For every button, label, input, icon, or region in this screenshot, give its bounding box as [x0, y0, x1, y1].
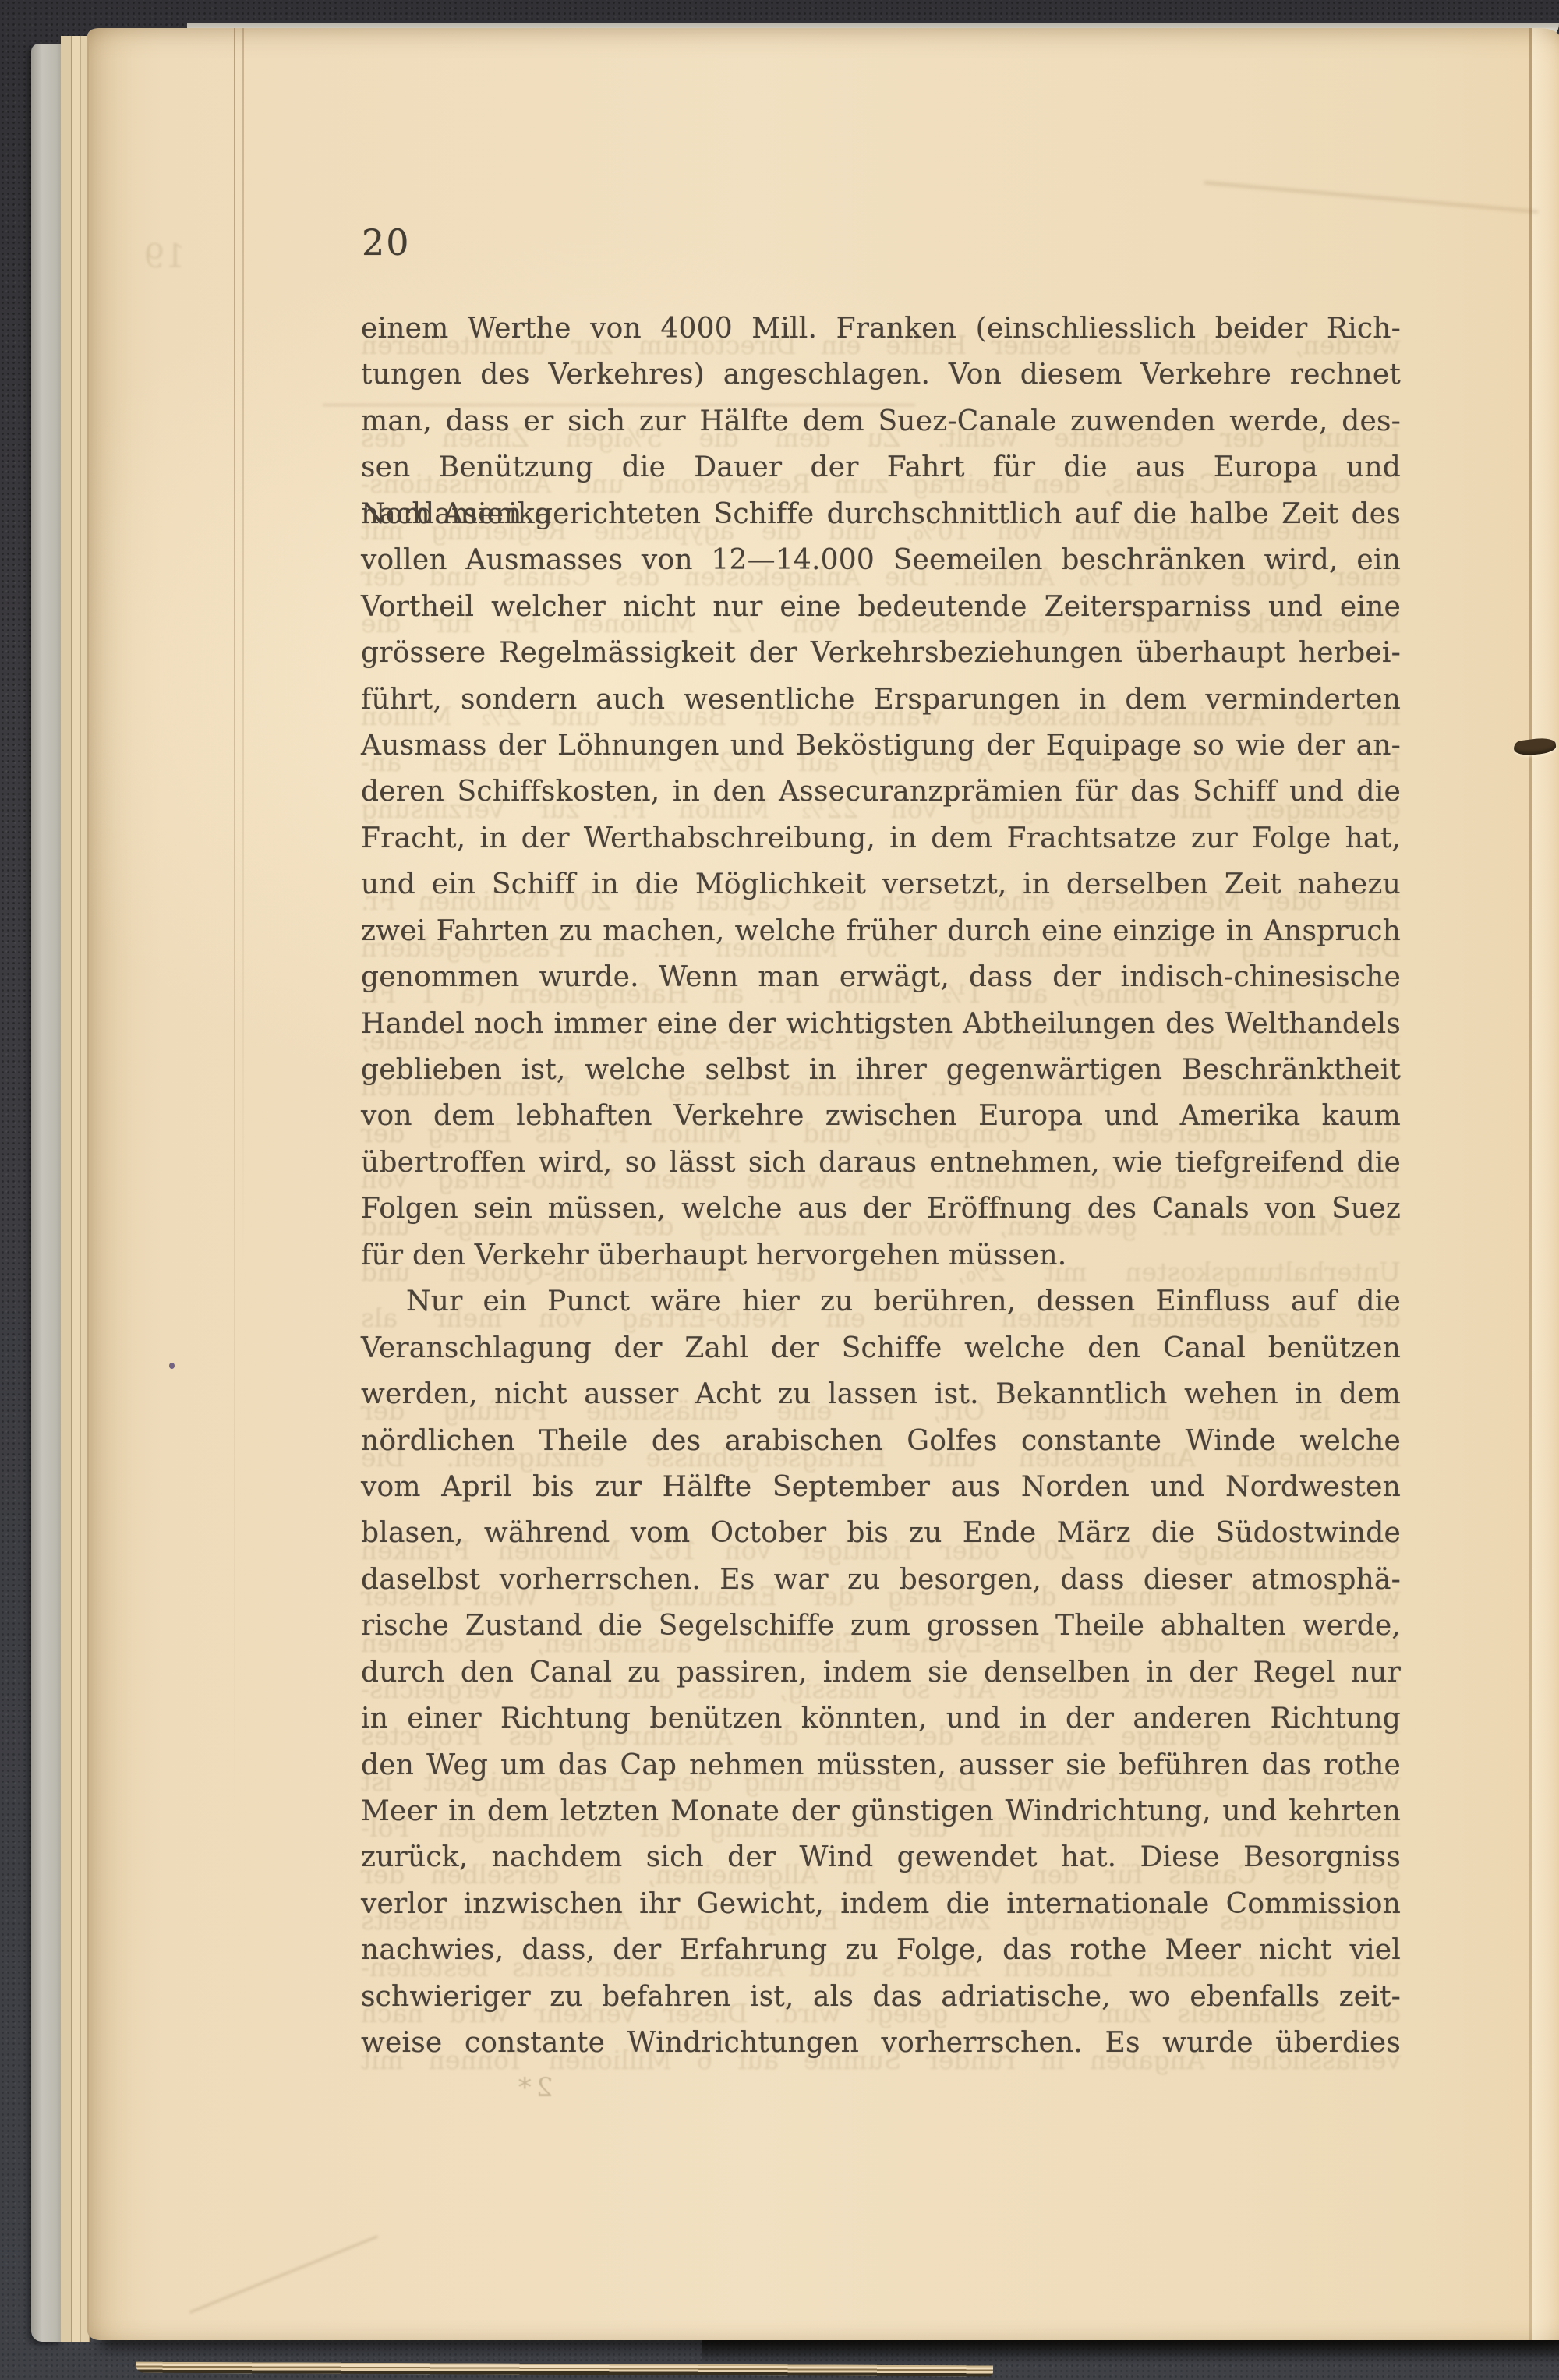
- text-line: Meer in dem letzten Monate der günstigen…: [361, 1788, 1401, 1834]
- text-line: übertroffen wird, so lässt sich daraus e…: [361, 1140, 1401, 1186]
- text-line: den Weg um das Cap nehmen müssten, ausse…: [361, 1742, 1401, 1788]
- text-line: man, dass er sich zur Hälfte dem Suez-Ca…: [361, 398, 1401, 444]
- text-line: deren Schiffskosten, in den Assecuranzpr…: [361, 769, 1401, 815]
- text-line: Handel noch immer eine der wichtigsten A…: [361, 1001, 1401, 1047]
- page-edge-strip: [61, 36, 72, 2342]
- page-shadow: [702, 2340, 1559, 2364]
- text-line: sen Benützung die Dauer der Fahrt für di…: [361, 444, 1401, 490]
- text-line: Ausmass der Löhnungen und Beköstigung de…: [361, 723, 1401, 769]
- text-line: schwieriger zu befahren ist, als das adr…: [361, 1974, 1401, 2020]
- ink-speck: [169, 1363, 175, 1369]
- page-tear: [1513, 737, 1557, 757]
- text-line: Folgen sein müssen, welche aus der Eröff…: [361, 1186, 1401, 1232]
- text-line: rische Zustand die Segelschiffe zum gros…: [361, 1603, 1401, 1649]
- text-line: nördlichen Theile des arabischen Golfes …: [361, 1418, 1401, 1464]
- text-line: weise constante Windrichtungen vorherrsc…: [361, 2020, 1401, 2066]
- text-line: daselbst vorherrschen. Es war zu besorge…: [361, 1557, 1401, 1603]
- text-line: durch den Canal zu passiren, indem sie d…: [361, 1650, 1401, 1696]
- book-cover-edge: [31, 44, 62, 2342]
- page-number: 20: [362, 221, 411, 263]
- text-line: vom April bis zur Hälfte September aus N…: [361, 1464, 1401, 1510]
- bottom-page-edges: [136, 2362, 993, 2377]
- text-line: nachwies, dass, der Erfahrung zu Folge, …: [361, 1927, 1401, 1973]
- vertical-crease: [234, 28, 235, 1821]
- text-line: Fracht, in der Werthabschreibung, in dem…: [361, 815, 1401, 861]
- text-line: führt, sondern auch wesentliche Ersparun…: [361, 677, 1401, 723]
- text-line: werden, nicht ausser Acht zu lassen ist.…: [361, 1371, 1401, 1417]
- text-line: Vortheil welcher nicht nur eine bedeuten…: [361, 584, 1401, 630]
- text-line: blasen, während vom October bis zu Ende …: [361, 1510, 1401, 1556]
- text-line: Nur ein Punct wäre hier zu berühren, des…: [361, 1278, 1401, 1324]
- text-line: geblieben ist, welche selbst in ihrer ge…: [361, 1047, 1401, 1093]
- text-line: in einer Richtung benützen könnten, und …: [361, 1696, 1401, 1742]
- diagonal-crease: [189, 2235, 378, 2313]
- text-line: tungen des Verkehres) angeschlagen. Von …: [361, 352, 1401, 398]
- text-line: Veranschlagung der Zahl der Schiffe welc…: [361, 1325, 1401, 1371]
- vertical-crease: [242, 28, 244, 1275]
- text-line: verlor inzwischen ihr Gewicht, indem die…: [361, 1881, 1401, 1927]
- text-line: von dem lebhaften Verkehre zwischen Euro…: [361, 1093, 1401, 1139]
- text-line: nach Asien gerichteten Schiffe durchschn…: [361, 491, 1401, 537]
- diagonal-crease: [1204, 181, 1539, 213]
- text-line: zurück, nachdem sich der Wind gewendet h…: [361, 1834, 1401, 1880]
- text-line: grössere Regelmässigkeit der Verkehrsbez…: [361, 630, 1401, 676]
- text-line: für den Verkehr überhaupt hervorgehen mü…: [361, 1232, 1401, 1278]
- text-line: zwei Fahrten zu machen, welche früher du…: [361, 908, 1401, 954]
- scanned-book-photo: werden, welcher aus seiner Hälfte ein Di…: [0, 0, 1559, 2380]
- page-edge-strip: [72, 36, 81, 2342]
- page-edge-stack: [61, 36, 89, 2342]
- bleedthrough-signature-mark: 2*: [479, 2072, 588, 2103]
- text-line: genommen wurde. Wenn man erwägt, dass de…: [361, 954, 1401, 1000]
- text-line: vollen Ausmasses von 12—14.000 Seemeilen…: [361, 537, 1401, 583]
- book-page: werden, welcher aus seiner Hälfte ein Di…: [87, 28, 1559, 2340]
- right-fold-crease: [1529, 28, 1532, 2340]
- text-line: und ein Schiff in die Möglichkeit verset…: [361, 861, 1401, 907]
- bleedthrough-verso-page-number: 19: [92, 237, 186, 275]
- body-text: einem Werthe von 4000 Mill. Franken (ein…: [361, 306, 1401, 2067]
- text-line: einem Werthe von 4000 Mill. Franken (ein…: [361, 306, 1401, 352]
- right-fold-highlight: [1532, 28, 1559, 2340]
